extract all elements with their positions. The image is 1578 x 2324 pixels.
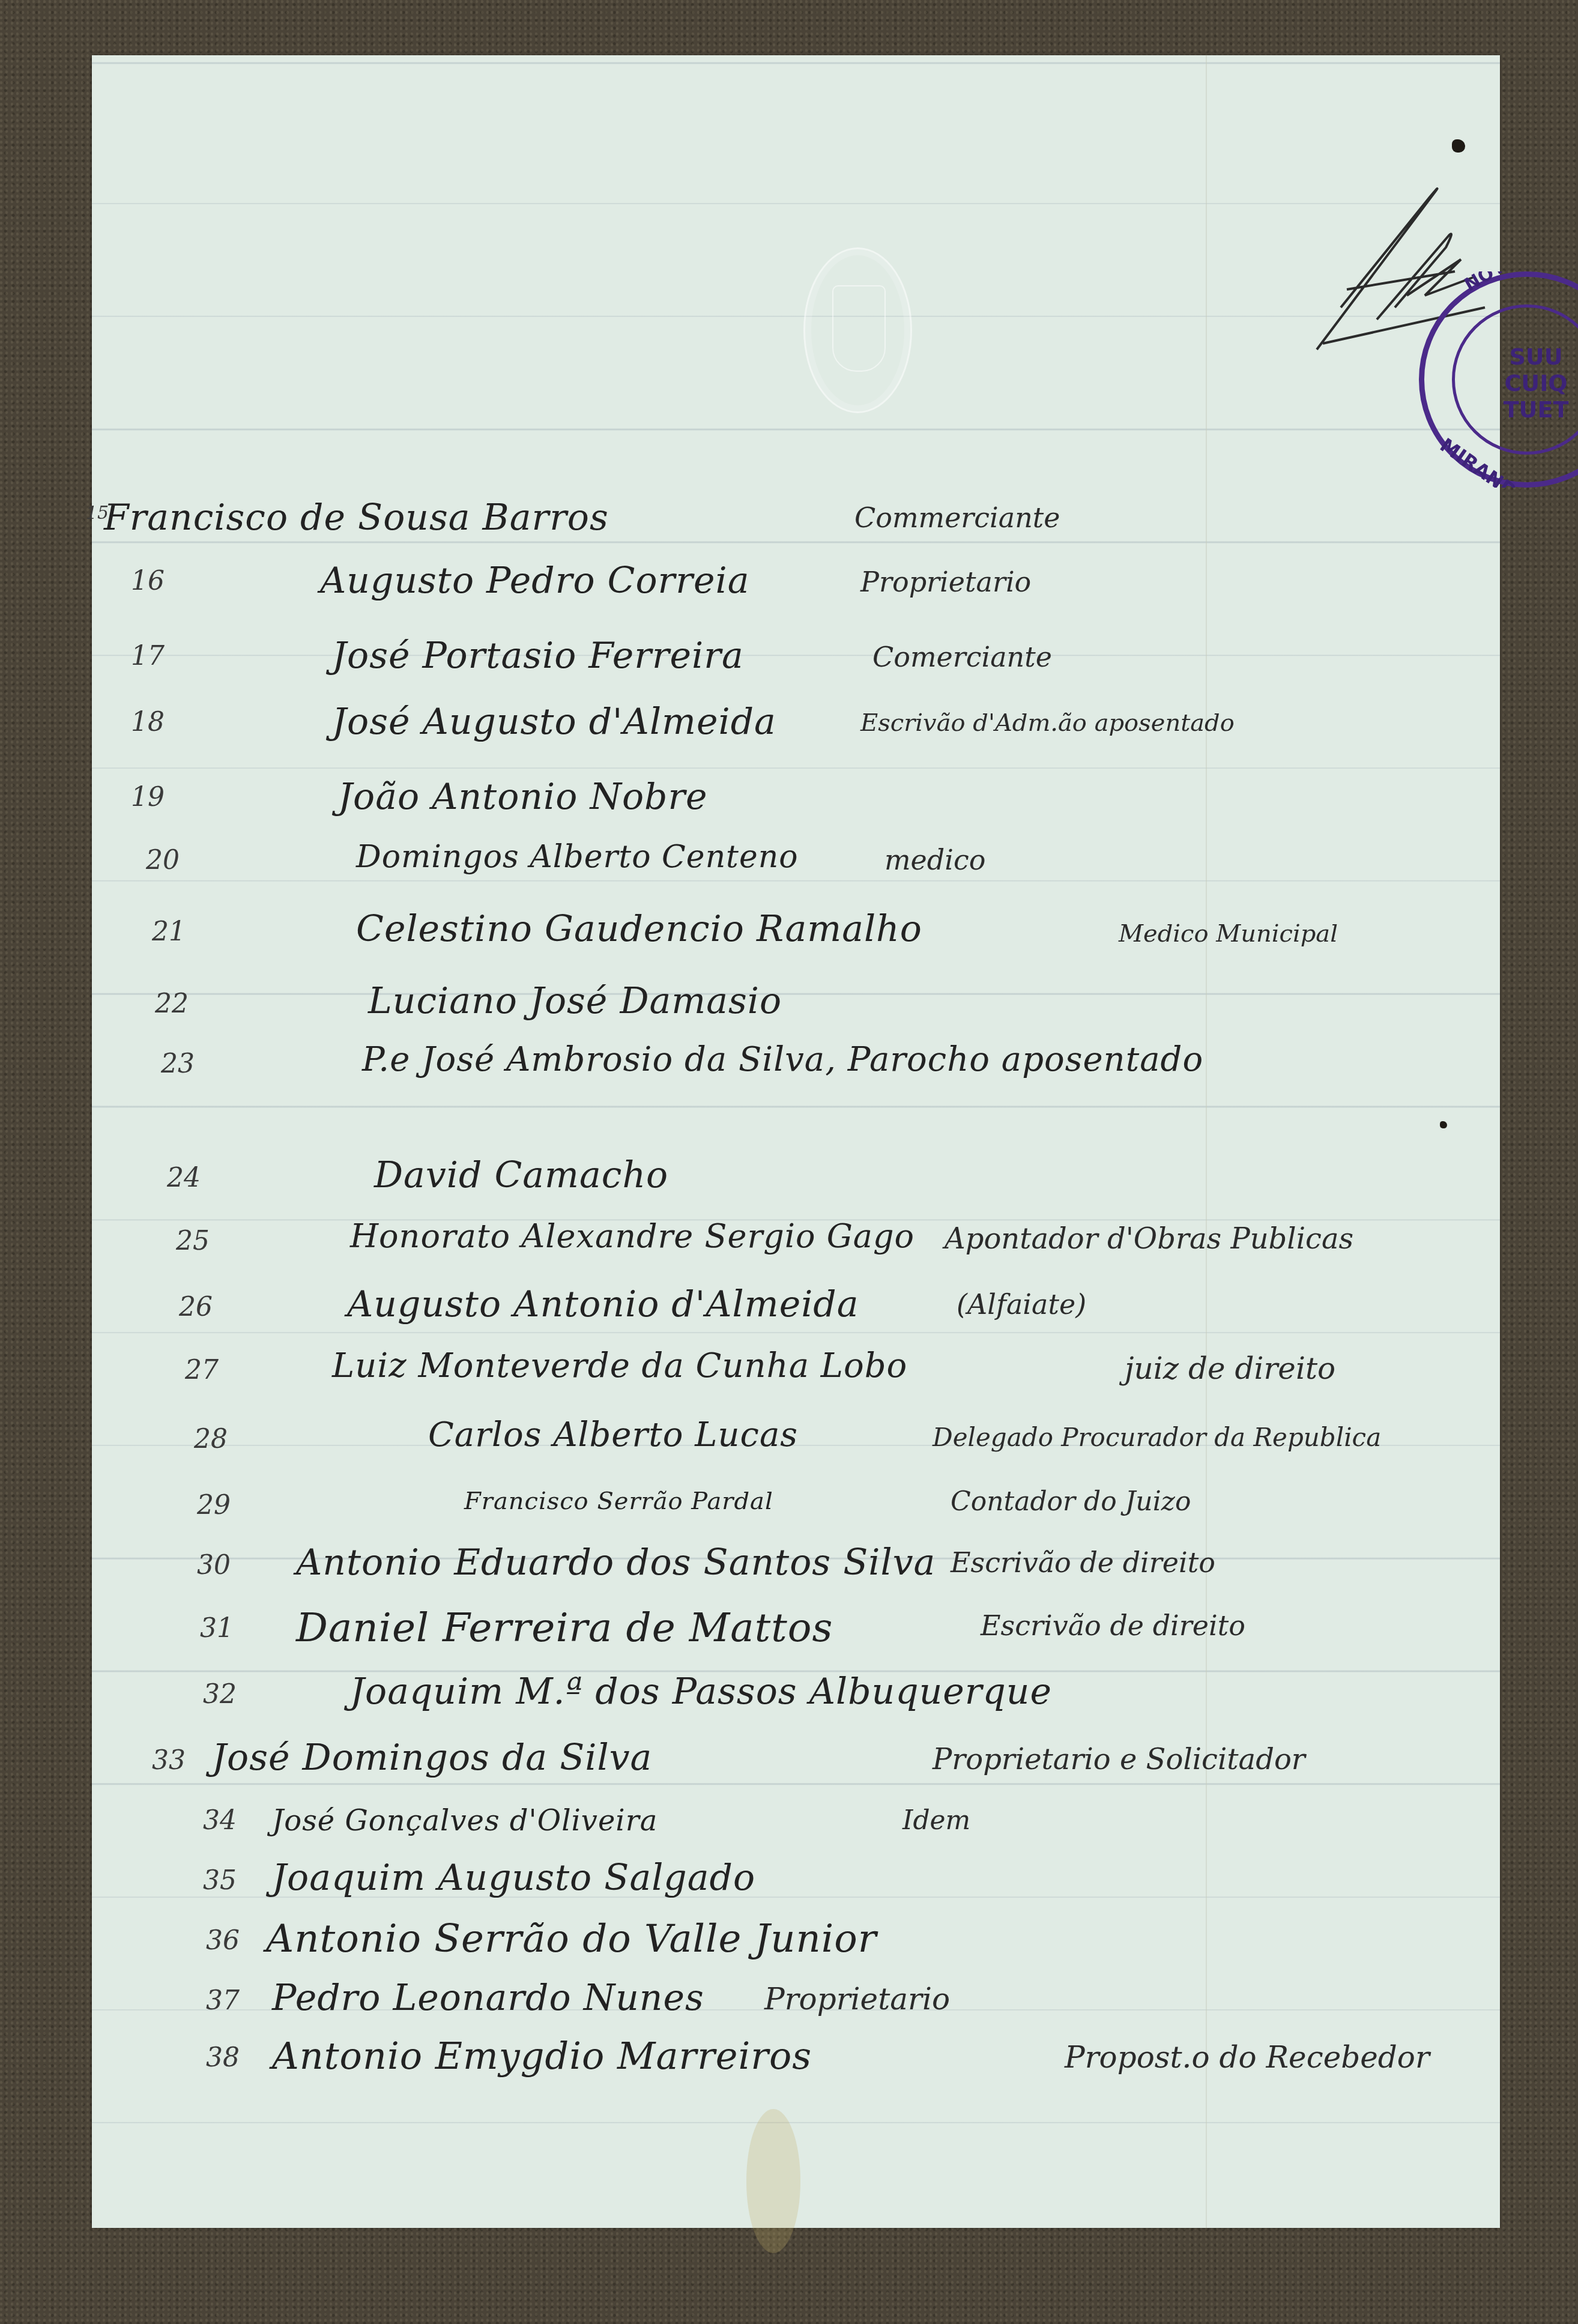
entry-name: Antonio Eduardo dos Santos Silva [296,1542,936,1584]
entry-role: Contador do Juizo [951,1486,1191,1517]
entry-role: Commerciante [854,501,1060,534]
entry-role: Delegado Procurador da Republica [933,1423,1381,1452]
entry-role: Proprietario [860,566,1031,598]
entry-role: Proprietario [764,1982,950,2017]
entry-name: Antonio Emygdio Marreiros [272,2034,812,2078]
entry-role: Medico Municipal [1119,920,1338,948]
stamp-motto: SUU CUIQ TUET [1491,343,1578,423]
entry-number: 37 [206,1985,240,2016]
text: TUET [1491,396,1578,423]
entry-name: José Gonçalves d'Oliveira [272,1804,657,1838]
entry-role: Propost.o do Recebedor [1065,2040,1430,2075]
paper-hole [1452,139,1465,153]
entry-number: 30 [197,1550,231,1581]
entry-number: 26 [179,1292,213,1322]
text: CUIQ [1491,370,1578,396]
entry-name: Francisco Serrão Pardal [464,1487,773,1515]
entry-name: David Camacho [374,1154,668,1196]
entry-number: 18 [131,707,165,737]
entry-role: Escrivão de direito [981,1609,1245,1642]
entry-number: 16 [131,566,165,596]
entry-role: Apontador d'Obras Publicas [945,1222,1353,1256]
entry-name: Daniel Ferreira de Mattos [296,1605,833,1651]
entry-number: 17 [131,641,165,671]
entry-role: medico [884,844,985,876]
entry-role: Comerciante [872,641,1052,673]
entry-name: P.e José Ambrosio da Silva, Parocho apos… [362,1040,1203,1079]
entry-number: 19 [131,782,165,812]
entry-number: 31 [200,1613,234,1644]
entry-name: Luciano José Damasio [368,980,782,1022]
entry-name: Augusto Pedro Correia [320,560,749,602]
entry-number: 20 [146,845,180,876]
document-page: NOTARIADO MIRANDA SUU CUIQ TUET 15 Franc… [92,55,1500,2228]
entry-number: 23 [161,1049,195,1079]
paper-stain [746,2109,800,2253]
entry-number: 22 [155,988,189,1019]
entry-name: José Portasio Ferreira [332,635,744,677]
entry-number: 34 [203,1805,237,1836]
entry-name: Joaquim Augusto Salgado [272,1857,755,1899]
entry-name: Augusto Antonio d'Almeida [347,1283,859,1325]
entry-name: Carlos Alberto Lucas [428,1415,798,1454]
entry-number: 38 [206,2042,240,2073]
entry-role: Escrivão d'Adm.ão aposentado [860,709,1235,737]
entry-role: Proprietario e Solicitador [933,1743,1305,1776]
entry-name: José Domingos da Silva [212,1737,652,1779]
entry-number: 36 [206,1925,240,1956]
entry-name: Pedro Leonardo Nunes [272,1977,704,2019]
entry-name: Joaquim M.ª dos Passos Albuquerque [350,1671,1052,1713]
entry-number: 29 [197,1490,231,1521]
entry-number: 33 [152,1745,186,1776]
text: SUU [1491,343,1578,370]
entry-number: 32 [203,1679,237,1710]
entry-number: 27 [185,1355,219,1385]
paper-fold-line [1206,55,1207,2228]
entry-name: Honorato Alexandre Sergio Gago [350,1217,914,1255]
entry-name: Antonio Serrão do Valle Junior [266,1917,877,1961]
entry-role: juiz de direito [1125,1351,1335,1386]
entry-role: Escrivão de direito [951,1546,1215,1579]
entry-number: 21 [152,916,186,947]
entry-name: João Antonio Nobre [338,776,708,818]
embossed-seal-icon [803,247,912,413]
entry-name: José Augusto d'Almeida [332,701,776,743]
entry-name: Domingos Alberto Centeno [356,839,799,875]
entry-name: Luiz Monteverde da Cunha Lobo [332,1346,907,1385]
entry-name: Celestino Gaudencio Ramalho [356,908,922,950]
notary-stamp: NOTARIADO MIRANDA SUU CUIQ TUET [1419,271,1578,488]
entry-role: Idem [902,1805,970,1836]
paper-hole [1440,1121,1447,1128]
entry-number: 24 [167,1163,201,1193]
entry-role: (Alfaiate) [957,1288,1086,1321]
entry-number: 25 [176,1226,210,1256]
entry-number: 35 [203,1865,237,1896]
entry-number: 28 [194,1424,228,1454]
entry-name: Francisco de Sousa Barros [104,497,609,539]
